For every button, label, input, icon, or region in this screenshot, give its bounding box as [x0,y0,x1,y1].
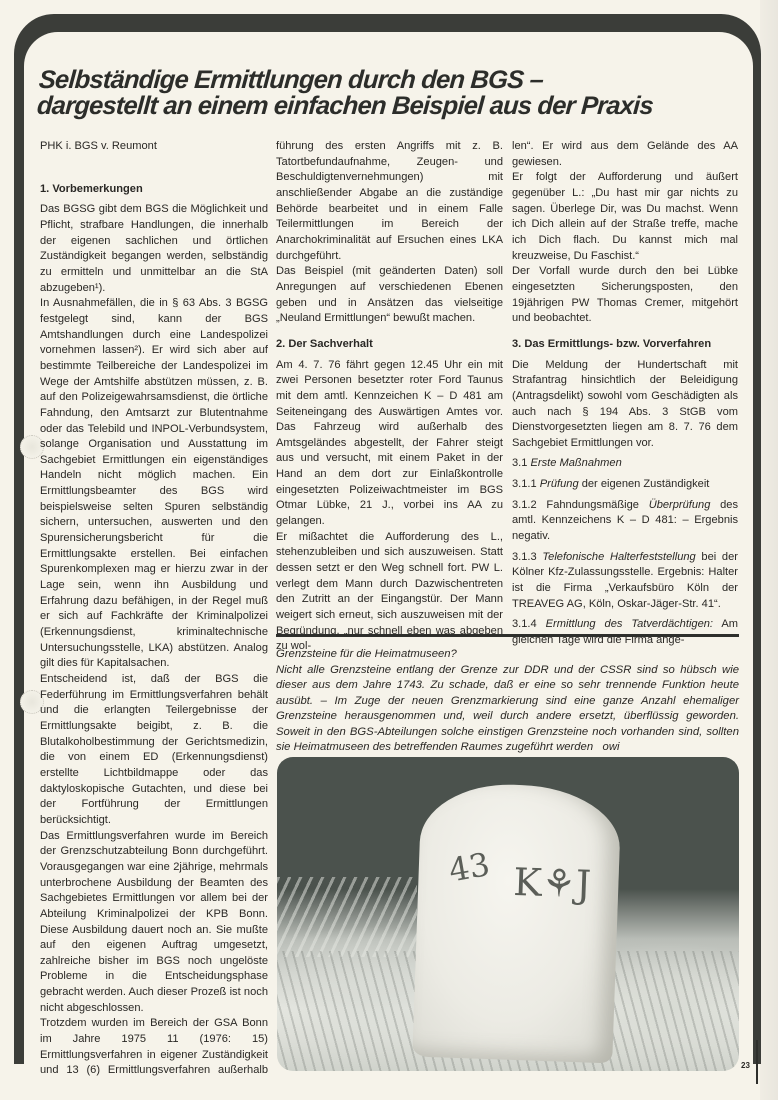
photo-foliage [277,877,417,957]
subsection-emphasis: Ermittlung des Tatverdächtigen: [546,618,713,630]
column-3: len“. Er wird aus dem Gelände des AA gew… [512,139,738,649]
author-byline: PHK i. BGS v. Reumont [40,139,268,155]
column-1: PHK i. BGS v. Reumont 1. Vorbemerkungen … [40,139,268,1078]
caption-body: Nicht alle Grenzsteine entlang der Grenz… [276,664,739,754]
section-heading: 1. Vorbemerkungen [40,182,268,198]
caption-title: Grenzsteine für die Heimatmuseen? [276,647,739,663]
subsection-3-1-2: 3.1.2 Fahndungsmäßige Überprüfung des am… [512,498,738,545]
column-2: führung des ersten Angriffs mit z. B. Ta… [276,139,503,655]
subsection-title: Erste Maßnahmen [531,457,622,469]
subsection-number: 3.1.3 [512,551,542,563]
title-line-1: Selbständige Ermittlungen durch den BGS … [38,67,760,93]
stone-inscription-number: 43 [446,845,493,889]
title-line-2: dargestellt an einem einfachen Beispiel … [36,93,758,119]
subsection-number: 3.1.1 [512,478,537,490]
section-heading: 2. Der Sachverhalt [276,337,503,353]
subsection-emphasis: Prüfung [540,478,579,490]
paragraph: Das BGSG gibt dem BGS die Möglichkeit un… [40,202,268,296]
subsection-number: 3.1 [512,457,527,469]
caption-divider [276,634,739,637]
subsection-3-1-1: 3.1.1 Prüfung der eigenen Zuständigkeit [512,477,738,493]
paragraph: Das Beispiel (mit geänderten Daten) soll… [276,264,503,327]
subsection-emphasis: Überprüfung [649,499,711,511]
subsection-emphasis: Telefonische Halterfeststellung [542,551,695,563]
subsection-number: 3.1.2 Fahndungsmäßige [512,499,649,511]
paragraph: In Ausnahmefällen, die in § 63 Abs. 3 BG… [40,296,268,672]
paragraph-continued: len“. Er wird aus dem Gelände des AA gew… [512,139,738,170]
subsection-text: der eigenen Zuständigkeit [579,478,710,490]
paragraph: Das Ermittlungsverfahren wurde im Bereic… [40,829,268,1017]
stone-inscription-letters: K⚘J [513,860,592,907]
paragraph: Die Meldung der Hundertschaft mit Strafa… [512,358,738,452]
caption-signature: owi [603,741,620,753]
subsection-3-1: 3.1 Erste Maßnahmen [512,456,738,472]
paragraph: Am 4. 7. 76 fährt gegen 12.45 Uhr ein mi… [276,358,503,530]
paragraph: Trotzdem wurden im Bereich der GSA Bonn … [40,1016,268,1078]
paragraph-continued: führung des ersten Angriffs mit z. B. Ta… [276,139,503,264]
section-heading: 3. Das Ermittlungs- bzw. Vorverfahren [512,337,738,353]
paragraph: Der Vorfall wurde durch den bei Lübke ei… [512,264,738,327]
boundary-stone-photo: 43 K⚘J [277,757,739,1071]
margin-rule [756,1040,758,1084]
paragraph: Er folgt der Aufforderung und äußert geg… [512,170,738,264]
caption-text: Nicht alle Grenzsteine entlang der Grenz… [276,663,739,756]
paragraph: Entscheidend ist, daß der BGS die Federf… [40,672,268,829]
subsection-number: 3.1.4 [512,618,546,630]
page-edge [760,0,778,1100]
article-title: Selbständige Ermittlungen durch den BGS … [36,67,760,119]
boundary-stone: 43 K⚘J [412,782,621,1064]
page-number: 23 [741,1061,750,1070]
photo-caption: Grenzsteine für die Heimatmuseen? Nicht … [276,647,739,756]
subsection-3-1-3: 3.1.3 Telefonische Halterfeststellung be… [512,550,738,613]
